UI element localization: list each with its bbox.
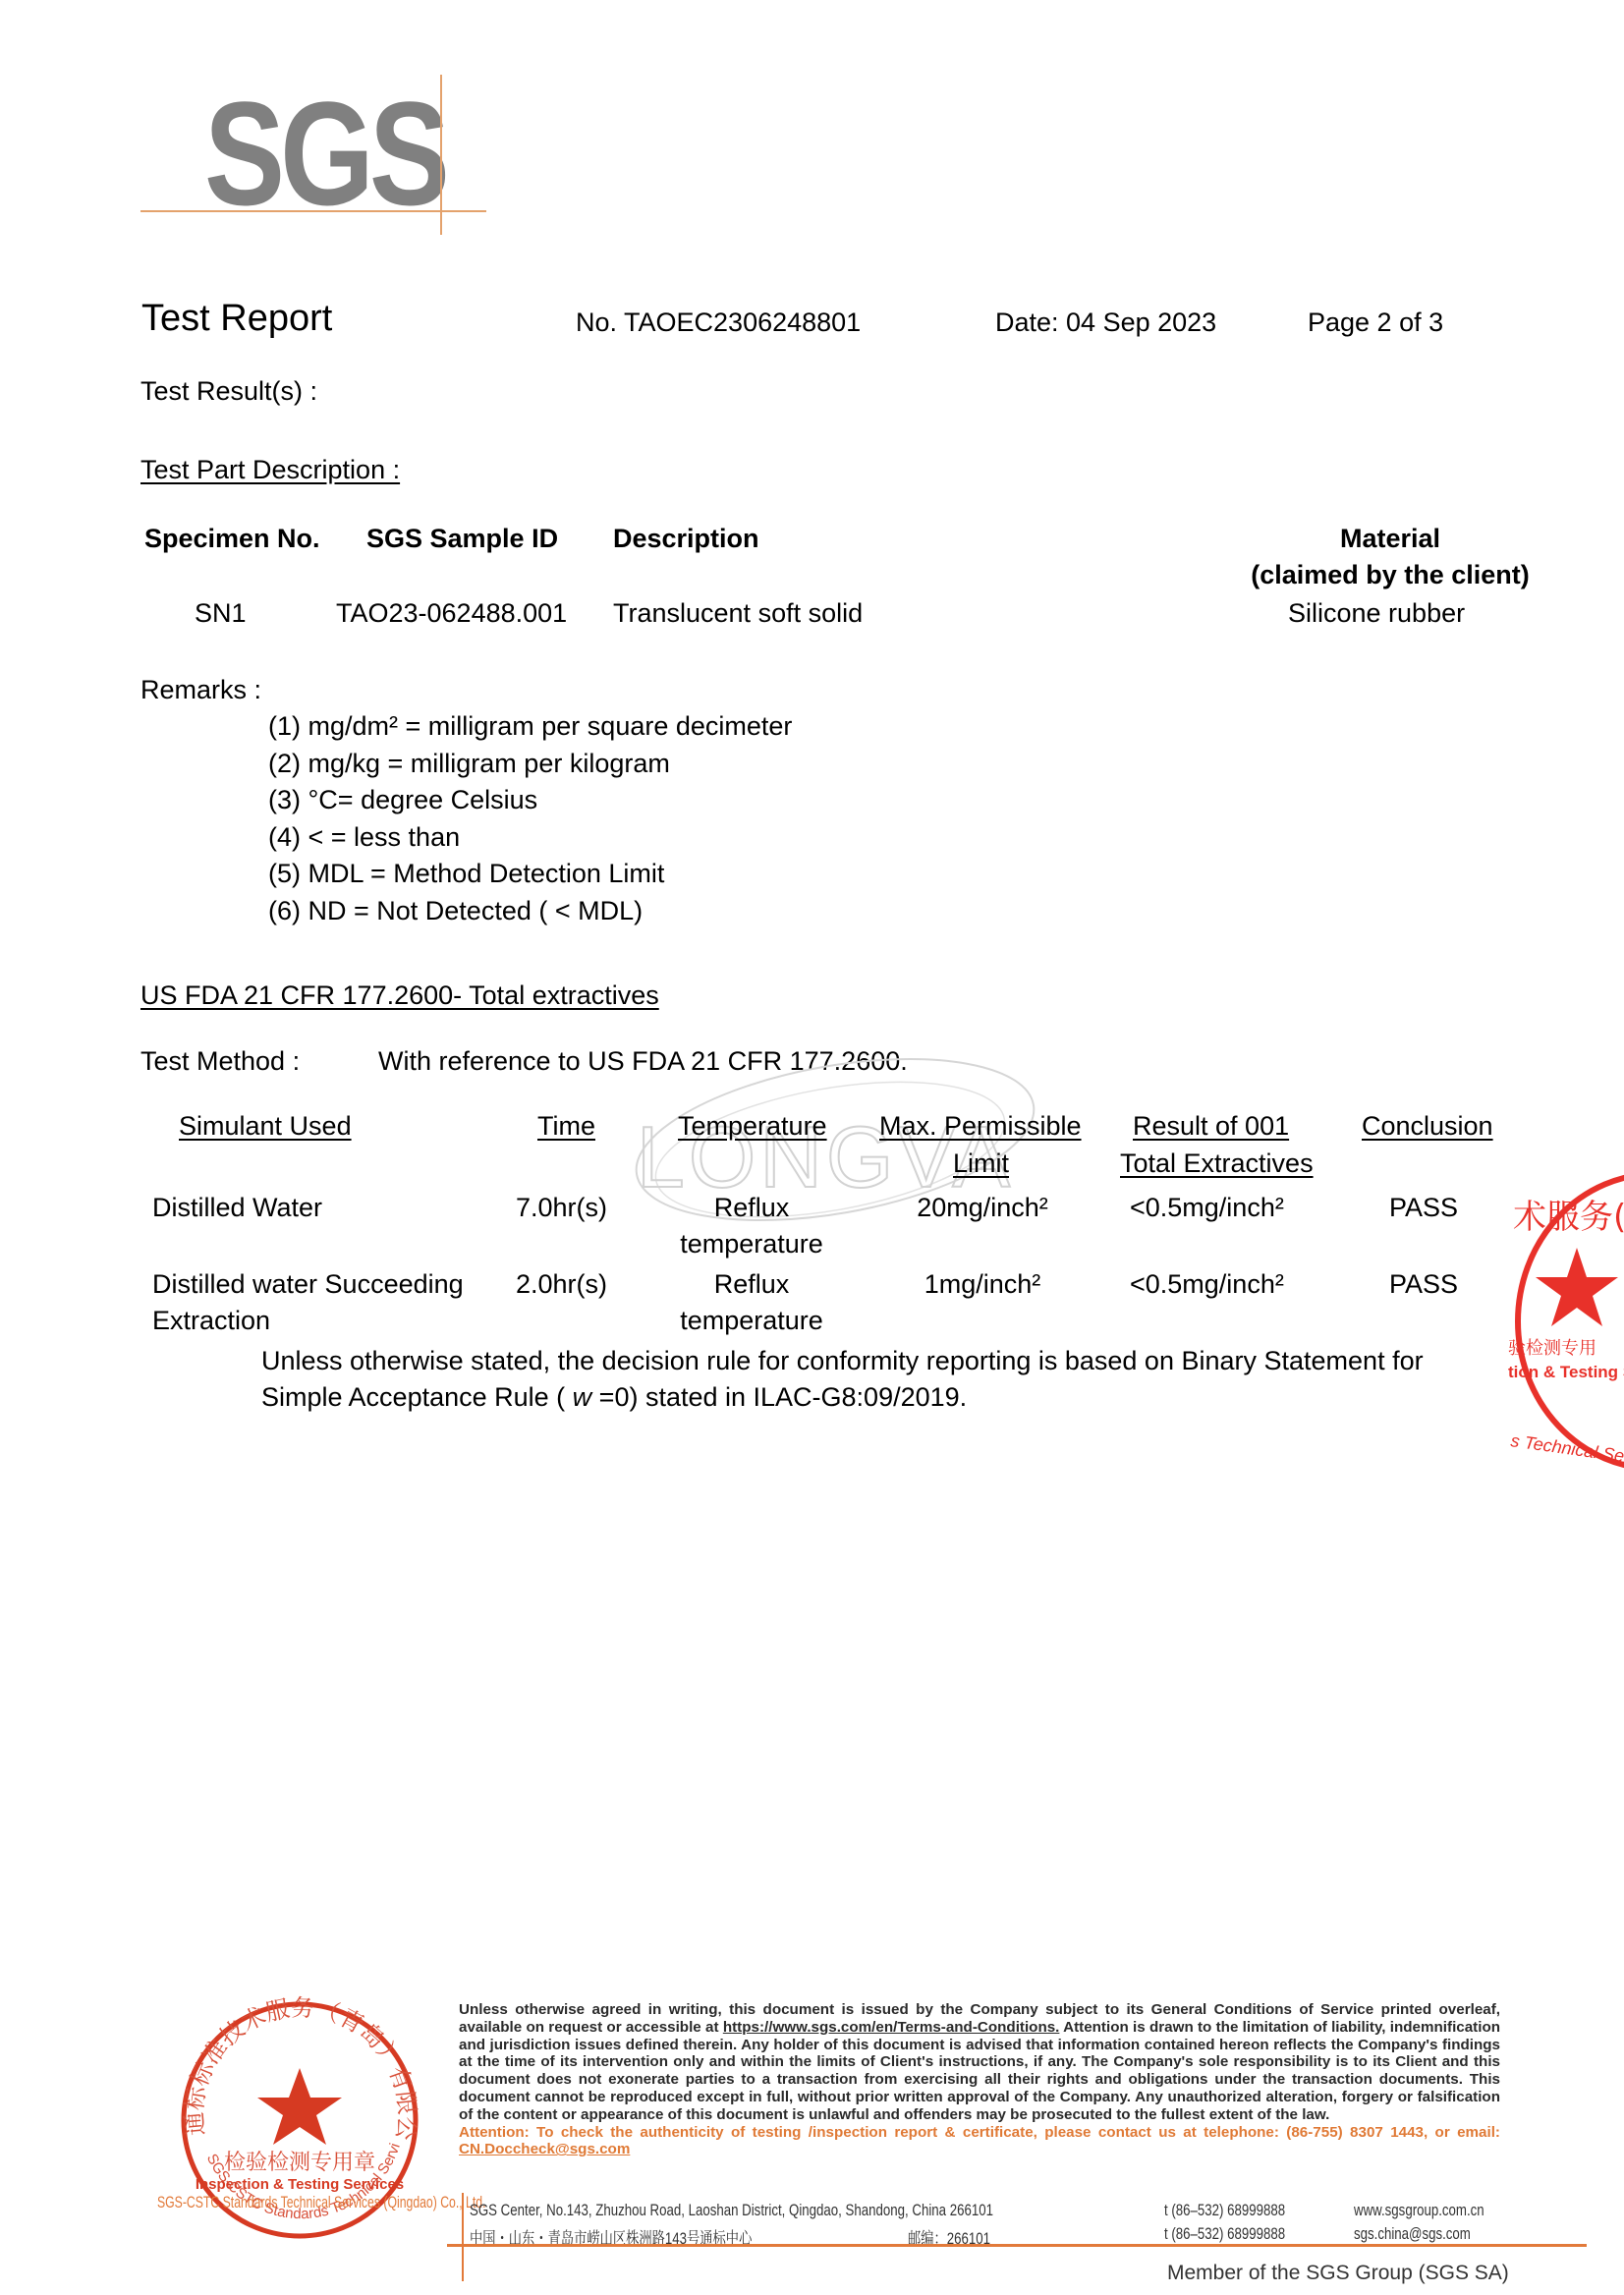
authenticity-notice: Attention: To check the authenticity of … (459, 2124, 1500, 2159)
cell-temperature-2: temperature (668, 1226, 835, 1261)
svg-text:检验检测专用章: 检验检测专用章 (224, 2151, 375, 2175)
remarks-label: Remarks : (140, 672, 261, 707)
col-material-note: (claimed by the client) (1238, 557, 1542, 592)
decision-rule-line-1: Unless otherwise stated, the decision ru… (261, 1343, 1424, 1378)
test-method-label: Test Method : (140, 1043, 300, 1079)
th-max-limit: Max. Permissible (879, 1108, 1082, 1144)
attention-text: Attention: To check the authenticity of … (459, 2124, 1500, 2141)
contact-email-link[interactable]: sgs.china@sgs.com (1354, 2224, 1471, 2244)
col-sample-id: SGS Sample ID (366, 521, 558, 556)
remark-item: (3) °C= degree Celsius (268, 782, 792, 819)
cell-conclusion: PASS (1389, 1266, 1458, 1302)
report-title: Test Report (141, 297, 332, 340)
th-conclusion: Conclusion (1362, 1108, 1493, 1144)
page-indicator: Page 2 of 3 (1308, 305, 1443, 340)
section-heading: US FDA 21 CFR 177.2600- Total extractive… (140, 978, 659, 1013)
cell-temperature: Reflux (668, 1190, 835, 1225)
cell-result: <0.5mg/inch² (1130, 1190, 1284, 1225)
svg-text:验检测专用: 验检测专用 (1508, 1338, 1596, 1359)
terms-link[interactable]: https://www.sgs.com/en/Terms-and-Conditi… (723, 2019, 1060, 2036)
cell-limit: 20mg/inch² (884, 1190, 1081, 1225)
col-description: Description (613, 521, 759, 556)
cell-simulant-2: Extraction (152, 1303, 270, 1338)
svg-text:术服务(青: 术服务(青 (1513, 1198, 1624, 1237)
col-specimen-no: Specimen No. (144, 521, 320, 556)
phone-2: t (86–532) 68999888 (1164, 2224, 1285, 2244)
cell-time: 2.0hr(s) (516, 1266, 607, 1302)
sample-id: TAO23-062488.001 (336, 595, 567, 631)
remark-item: (6) ND = Not Detected ( < MDL) (268, 893, 792, 930)
th-max-limit-2: Limit (953, 1146, 1009, 1181)
report-date: Date: 04 Sep 2023 (995, 305, 1216, 340)
th-time: Time (537, 1108, 595, 1144)
phone-1: t (86–532) 68999888 (1164, 2201, 1285, 2220)
sgs-group-membership: Member of the SGS Group (SGS SA) (1167, 2262, 1509, 2285)
report-number: No. TAOEC2306248801 (576, 305, 861, 340)
cell-conclusion: PASS (1389, 1190, 1458, 1225)
decision-rule-line-2: Simple Acceptance Rule ( w =0) stated in… (261, 1379, 967, 1415)
test-part-heading: Test Part Description : (140, 452, 400, 487)
cell-result: <0.5mg/inch² (1130, 1266, 1284, 1302)
th-temperature: Temperature (678, 1108, 827, 1144)
sample-material: Silicone rubber (1288, 595, 1465, 631)
th-simulant: Simulant Used (179, 1108, 352, 1144)
sgs-logo: SGS (204, 84, 445, 222)
cell-time: 7.0hr(s) (516, 1190, 607, 1225)
address-en: SGS Center, No.143, Zhuzhou Road, Laosha… (470, 2201, 993, 2220)
cell-limit: 1mg/inch² (884, 1266, 1081, 1302)
specimen-no: SN1 (195, 595, 247, 631)
remark-item: (2) mg/kg = milligram per kilogram (268, 746, 792, 783)
doccheck-email-link[interactable]: CN.Doccheck@sgs.com (459, 2141, 630, 2157)
cell-simulant: Distilled water Succeeding (152, 1266, 464, 1302)
logo-vertical-rule (440, 75, 442, 235)
test-results-label: Test Result(s) : (140, 373, 317, 409)
partial-stamp-right: 术服务(青 验检测专用 tion & Testing S s Technical… (1508, 1159, 1624, 1483)
decision-rule-text: Simple Acceptance Rule ( (261, 1382, 573, 1412)
cell-temperature-2: temperature (668, 1303, 835, 1338)
remark-item: (4) < = less than (268, 819, 792, 857)
cell-temperature: Reflux (668, 1266, 835, 1302)
logo-horizontal-rule (140, 210, 486, 212)
decision-rule-text-end: =0) stated in ILAC-G8:09/2019. (591, 1382, 967, 1412)
website-link[interactable]: www.sgsgroup.com.cn (1354, 2201, 1484, 2220)
cell-simulant: Distilled Water (152, 1190, 322, 1225)
col-material: Material (1238, 521, 1542, 556)
th-result: Result of 001 (1133, 1108, 1289, 1144)
legal-disclaimer: Unless otherwise agreed in writing, this… (459, 2001, 1500, 2158)
footer-company-name: SGS-CSTC Standards Technical Services (Q… (157, 2193, 485, 2212)
footer-vertical-rule (462, 2193, 464, 2281)
sample-description: Translucent soft solid (613, 595, 863, 631)
remarks-list: (1) mg/dm² = milligram per square decime… (268, 708, 792, 929)
remark-item: (5) MDL = Method Detection Limit (268, 856, 792, 893)
footer-horizontal-rule (447, 2244, 1587, 2247)
decision-rule-w: w (573, 1382, 592, 1412)
svg-text:tion & Testing S: tion & Testing S (1508, 1363, 1624, 1381)
th-result-2: Total Extractives (1120, 1146, 1314, 1181)
remark-item: (1) mg/dm² = milligram per square decime… (268, 708, 792, 746)
